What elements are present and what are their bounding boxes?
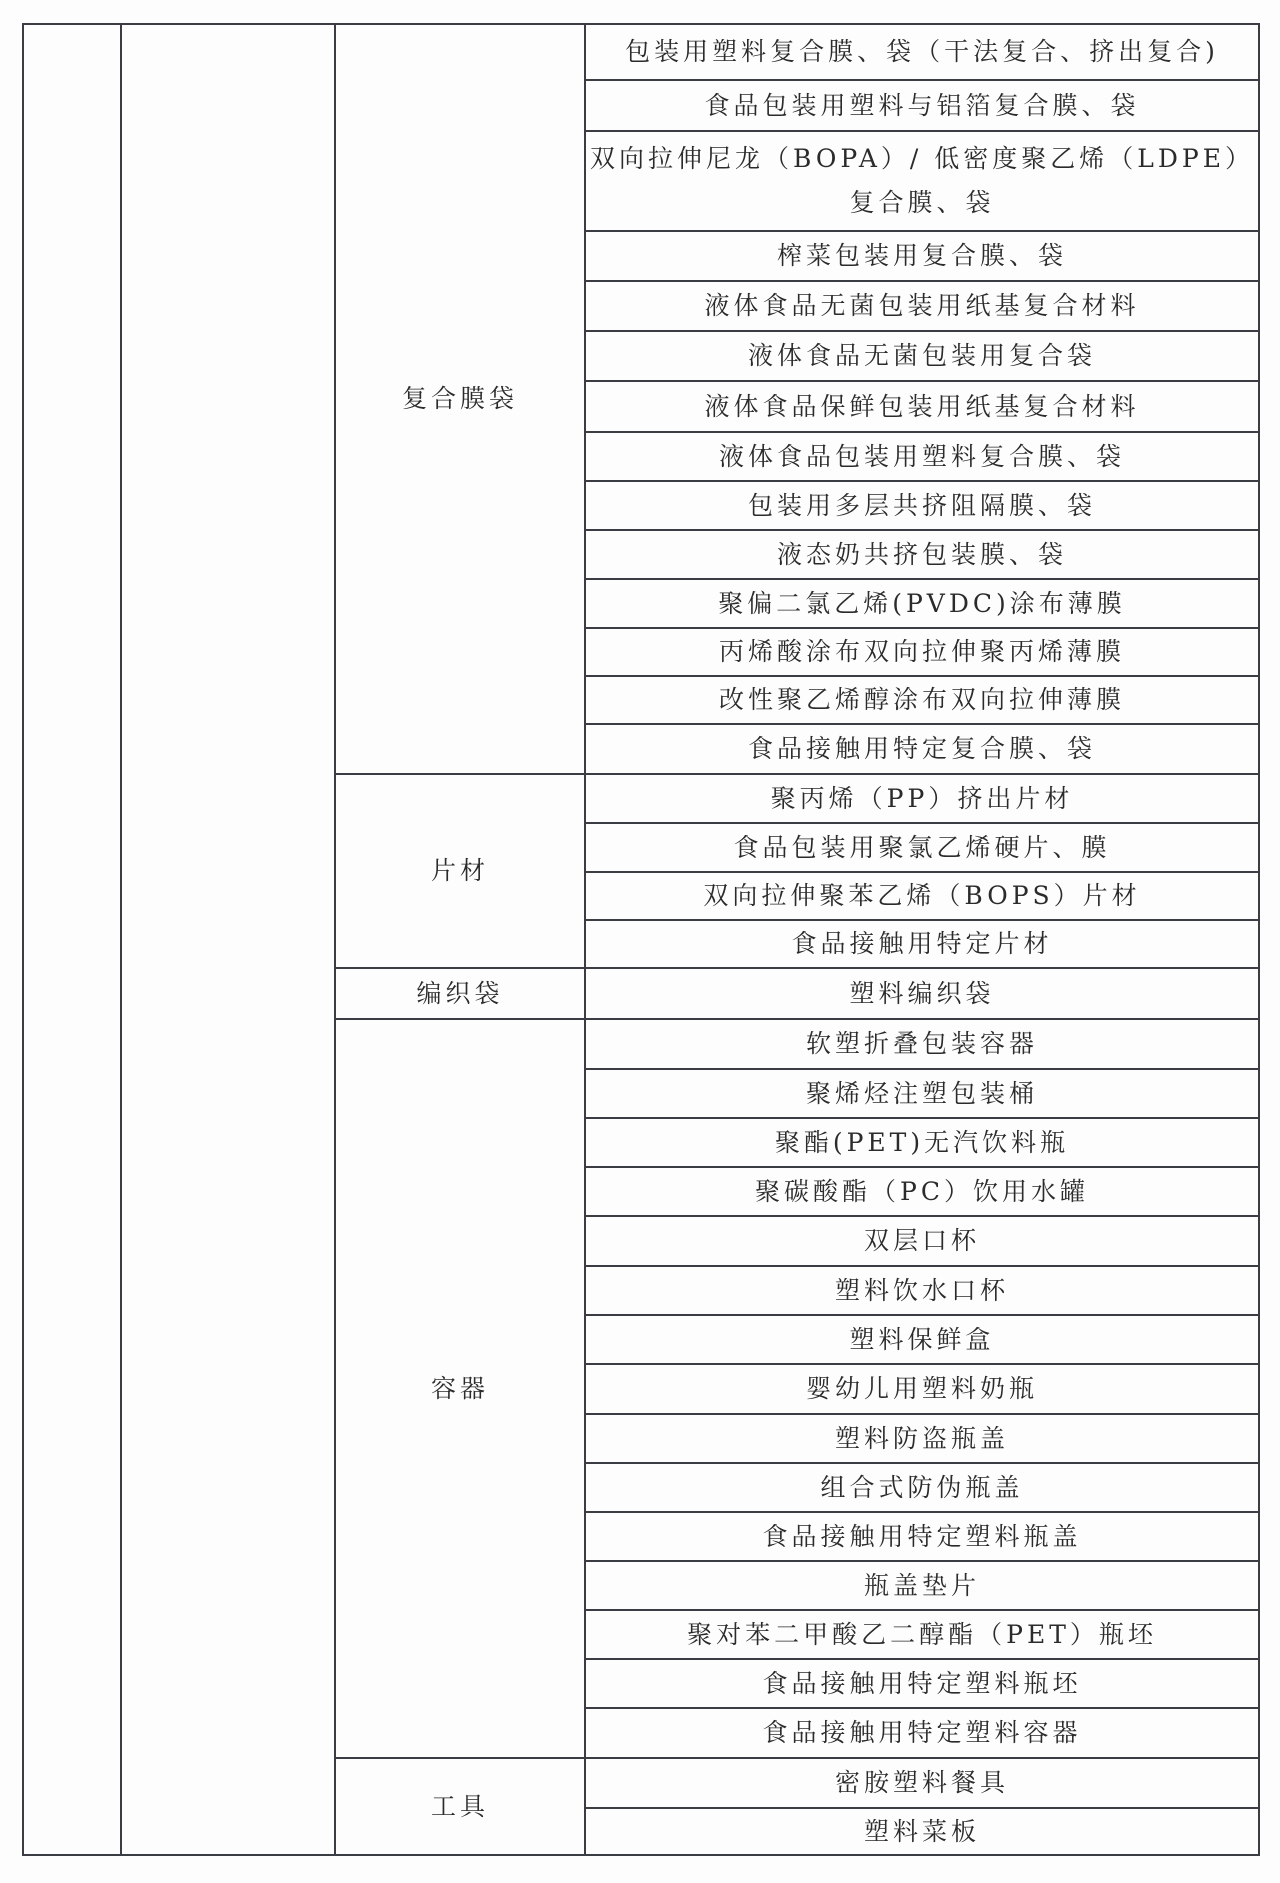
product-name: 液态奶共挤包装膜、袋 (777, 532, 1067, 578)
product-name: 榨菜包装用复合膜、袋 (777, 233, 1067, 279)
product-cell: 组合式防伪瓶盖 (586, 1462, 1258, 1511)
product-name: 食品接触用特定塑料容器 (762, 1710, 1081, 1756)
product-name: 瓶盖垫片 (864, 1563, 980, 1609)
product-cell: 食品接触用特定塑料瓶坯 (586, 1658, 1258, 1707)
category-cell: 复合膜袋 (336, 25, 584, 773)
product-name: 液体食品保鲜包装用纸基复合材料 (704, 384, 1139, 430)
product-cell: 丙烯酸涂布双向拉伸聚丙烯薄膜 (586, 627, 1258, 675)
product-name: 液体食品无菌包装用复合袋 (748, 333, 1096, 379)
product-cell: 榨菜包装用复合膜、袋 (586, 230, 1258, 280)
product-cell: 塑料饮水口杯 (586, 1265, 1258, 1314)
product-cell: 塑料菜板 (586, 1807, 1258, 1854)
product-name: 塑料防盗瓶盖 (835, 1416, 1009, 1462)
product-cell: 液态奶共挤包装膜、袋 (586, 529, 1258, 578)
category-label: 编织袋 (416, 971, 503, 1017)
product-name: 包装用塑料复合膜、袋（干法复合、挤出复合) (625, 29, 1219, 75)
product-name: 聚烯烃注塑包装桶 (806, 1071, 1038, 1117)
product-name: 食品接触用特定塑料瓶盖 (762, 1514, 1081, 1560)
product-name: 聚偏二氯乙烯(PVDC)涂布薄膜 (718, 581, 1126, 627)
category-cell: 容器 (336, 1018, 584, 1757)
product-name-line-2: 复合膜、袋 (849, 181, 994, 225)
document-page: 复合膜袋 片材 编织袋 容器 工具 包装用塑料复合膜、袋（干法复合、挤出复合) … (0, 0, 1280, 1883)
product-name: 塑料保鲜盒 (849, 1317, 994, 1363)
product-cell: 聚丙烯（PP）挤出片材 (586, 773, 1258, 822)
product-name: 食品包装用塑料与铝箔复合膜、袋 (704, 83, 1139, 129)
product-cell: 聚偏二氯乙烯(PVDC)涂布薄膜 (586, 578, 1258, 627)
product-name: 液体食品包装用塑料复合膜、袋 (719, 434, 1125, 480)
product-cell: 塑料防盗瓶盖 (586, 1413, 1258, 1462)
product-cell: 液体食品包装用塑料复合膜、袋 (586, 431, 1258, 480)
product-name: 软塑折叠包装容器 (806, 1021, 1038, 1067)
product-cell: 食品接触用特定塑料瓶盖 (586, 1511, 1258, 1560)
product-name: 丙烯酸涂布双向拉伸聚丙烯薄膜 (719, 629, 1125, 675)
product-cell: 软塑折叠包装容器 (586, 1018, 1258, 1068)
product-name: 组合式防伪瓶盖 (820, 1465, 1023, 1511)
product-name: 聚酯(PET)无汽饮料瓶 (775, 1120, 1069, 1166)
product-cell: 食品接触用特定塑料容器 (586, 1707, 1258, 1757)
product-name: 食品接触用特定片材 (791, 921, 1052, 967)
product-cell: 液体食品保鲜包装用纸基复合材料 (586, 380, 1258, 431)
category-label: 工具 (431, 1784, 489, 1830)
product-name: 食品接触用特定塑料瓶坯 (762, 1661, 1081, 1707)
product-cell: 食品接触用特定复合膜、袋 (586, 723, 1258, 773)
product-name: 食品接触用特定复合膜、袋 (748, 726, 1096, 772)
product-name-line-1: 双向拉伸尼龙（BOPA）/ 低密度聚乙烯（LDPE） (590, 137, 1254, 181)
product-cell: 双层口杯 (586, 1215, 1258, 1265)
product-cell: 食品包装用聚氯乙烯硬片、膜 (586, 822, 1258, 871)
product-name: 婴幼儿用塑料奶瓶 (806, 1366, 1038, 1412)
product-cell: 双向拉伸聚苯乙烯（BOPS）片材 (586, 871, 1258, 919)
product-cell: 聚对苯二甲酸乙二醇酯（PET）瓶坯 (586, 1609, 1258, 1658)
category-label: 片材 (431, 848, 489, 894)
product-name: 聚丙烯（PP）挤出片材 (771, 776, 1074, 822)
product-cell: 改性聚乙烯醇涂布双向拉伸薄膜 (586, 675, 1258, 723)
product-name: 双向拉伸聚苯乙烯（BOPS）片材 (703, 873, 1140, 919)
product-name: 液体食品无菌包装用纸基复合材料 (704, 283, 1139, 329)
product-cell: 双向拉伸尼龙（BOPA）/ 低密度聚乙烯（LDPE） 复合膜、袋 (586, 130, 1258, 230)
product-cell: 塑料保鲜盒 (586, 1314, 1258, 1363)
product-name: 食品包装用聚氯乙烯硬片、膜 (733, 825, 1110, 871)
product-cell: 密胺塑料餐具 (586, 1757, 1258, 1807)
product-classification-table: 复合膜袋 片材 编织袋 容器 工具 包装用塑料复合膜、袋（干法复合、挤出复合) … (22, 23, 1260, 1856)
category-cell: 片材 (336, 773, 584, 967)
category-label: 复合膜袋 (402, 376, 518, 422)
product-name: 双层口杯 (864, 1218, 980, 1264)
product-cell: 聚碳酸酯（PC）饮用水罐 (586, 1166, 1258, 1215)
product-name: 塑料编织袋 (849, 971, 994, 1017)
category-label: 容器 (431, 1366, 489, 1412)
product-name: 密胺塑料餐具 (835, 1760, 1009, 1806)
product-name: 塑料菜板 (864, 1809, 980, 1855)
product-cell: 婴幼儿用塑料奶瓶 (586, 1363, 1258, 1413)
product-cell: 包装用多层共挤阻隔膜、袋 (586, 480, 1258, 529)
empty-cell-col2 (122, 25, 334, 1854)
empty-cell-col1 (24, 25, 120, 1854)
product-name: 塑料饮水口杯 (835, 1268, 1009, 1314)
product-cell: 液体食品无菌包装用纸基复合材料 (586, 280, 1258, 330)
product-cell: 液体食品无菌包装用复合袋 (586, 330, 1258, 380)
category-cell: 工具 (336, 1757, 584, 1854)
product-cell: 包装用塑料复合膜、袋（干法复合、挤出复合) (586, 25, 1258, 79)
product-name: 包装用多层共挤阻隔膜、袋 (748, 483, 1096, 529)
product-cell: 聚酯(PET)无汽饮料瓶 (586, 1117, 1258, 1166)
product-name: 聚碳酸酯（PC）饮用水罐 (755, 1169, 1089, 1215)
category-cell: 编织袋 (336, 967, 584, 1018)
product-cell: 塑料编织袋 (586, 967, 1258, 1018)
product-cell: 瓶盖垫片 (586, 1560, 1258, 1609)
product-name: 聚对苯二甲酸乙二醇酯（PET）瓶坯 (687, 1612, 1157, 1658)
product-cell: 食品接触用特定片材 (586, 919, 1258, 967)
product-cell: 食品包装用塑料与铝箔复合膜、袋 (586, 79, 1258, 130)
product-name: 改性聚乙烯醇涂布双向拉伸薄膜 (719, 677, 1125, 723)
product-cell: 聚烯烃注塑包装桶 (586, 1068, 1258, 1117)
